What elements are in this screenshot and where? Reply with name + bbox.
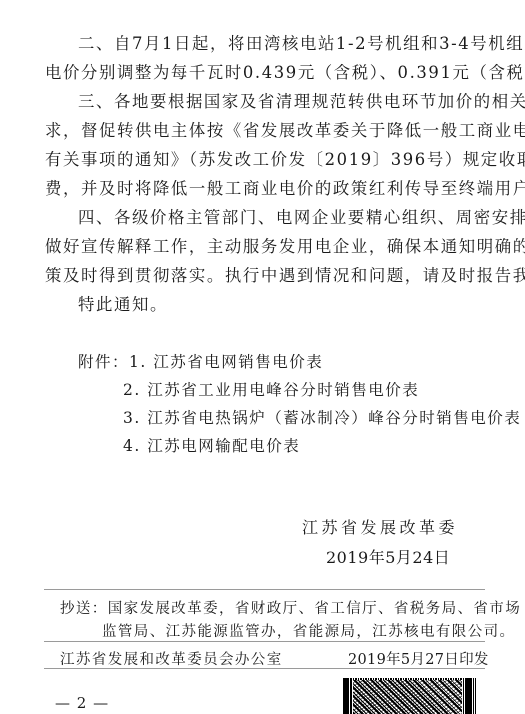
paragraph-4-line-1: 四、各级价格主管部门、电网企业要精心组织、周密安排，	[78, 208, 485, 228]
attachments-label: 附件：	[78, 353, 129, 371]
barcode-image	[343, 678, 476, 714]
cc-line-1: 抄送：国家发展改革委，省财政厅、省工信厅、省税务局、省市场	[60, 597, 521, 618]
attachment-item-4: 4. 江苏电网输配电价表	[123, 436, 300, 456]
footer-rule-bottom	[44, 668, 485, 669]
cc-line-2: 监管局、江苏能源监管办，省能源局，江苏核电有限公司。	[102, 620, 515, 641]
attachment-item-2: 2. 江苏省工业用电峰谷分时销售电价表	[123, 380, 419, 400]
paragraph-3-line-2: 求，督促转供电主体按《省发展改革委关于降低一般工商业电价	[45, 121, 485, 141]
barcode-data-area	[353, 680, 462, 714]
closing-text: 特此通知。	[78, 295, 485, 315]
print-office: 江苏省发展和改革委员会办公室	[60, 648, 283, 669]
issuer-signature: 江苏省发展改革委	[302, 515, 458, 538]
attachment-item-3: 3. 江苏省电热锅炉（蓄冰制冷）峰谷分时销售电价表	[123, 408, 521, 428]
barcode-left-guard	[343, 678, 348, 714]
paragraph-2-line-1: 二、自7月1日起，将田湾核电站1-2号机组和3-4号机组上网	[78, 34, 485, 54]
paragraph-3-line-3: 有关事项的通知》（苏发改工价发〔2019〕396号）规定收取电	[45, 150, 485, 170]
attachment-item-1: 1. 江苏省电网销售电价表	[129, 353, 323, 371]
cc-recipients-1: 国家发展改革委，省财政厅、省工信厅、省税务局、省市场	[108, 601, 521, 617]
paragraph-3-line-1: 三、各地要根据国家及省清理规范转供电环节加价的相关要	[78, 92, 485, 112]
paragraph-4-line-2: 做好宣传解释工作，主动服务发用电企业，确保本通知明确的政	[45, 237, 485, 257]
paragraph-2-line-2: 电价分别调整为每千瓦时0.439元（含税）、0.391元（含税）。	[45, 63, 485, 83]
barcode-right-guard	[465, 678, 470, 714]
cc-label: 抄送：	[60, 601, 108, 617]
footer-rule-top	[44, 589, 485, 590]
footer-rule-middle	[44, 641, 485, 642]
paragraph-4-line-3: 策及时得到贯彻落实。执行中遇到情况和问题，请及时报告我委。	[45, 266, 485, 286]
paragraph-3-line-4: 费，并及时将降低一般工商业电价的政策红利传导至终端用户。	[45, 179, 485, 199]
page-number: — 2 —	[55, 694, 109, 712]
issue-date: 2019年5月24日	[326, 545, 450, 568]
attachments-list: 附件：1. 江苏省电网销售电价表	[78, 352, 323, 372]
document-page: 二、自7月1日起，将田湾核电站1-2号机组和3-4号机组上网 电价分别调整为每千…	[0, 0, 525, 714]
print-date: 2019年5月27日印发	[348, 648, 489, 669]
